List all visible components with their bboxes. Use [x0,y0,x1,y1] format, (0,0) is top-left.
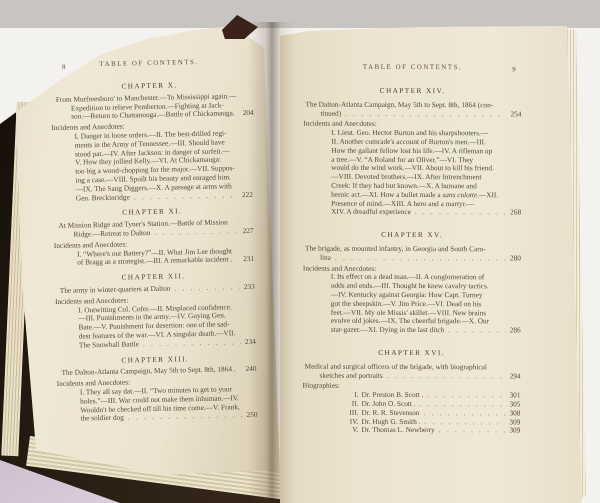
toc-line: V.Dr. Thomas L. Newberry. . . . . . . . … [302,426,520,436]
right-running-head-row: TABLE OF CONTENTS. 9 [304,64,522,74]
right-page-text: TABLE OF CONTENTS. 9 CHAPTER XIV.The Dal… [302,64,521,436]
toc-line: lina. . . . . . . . . . . . . . . . . . … [303,253,521,263]
left-page-number: 8 [62,64,66,71]
toc-line: sketches and portraits. . . . . . . . . … [303,371,521,381]
chapter-heading: CHAPTER XII. [52,271,254,284]
chapter-heading: CHAPTER XIV. [304,87,522,97]
background-top-band [0,0,600,28]
toc-line: star-gazer.—XI. Dying in the last ditch.… [303,326,521,336]
toc-line: tinued). . . . . . . . . . . . . . . . .… [303,109,521,119]
chapter-heading: CHAPTER XVI. [303,349,521,359]
right-running-head: TABLE OF CONTENTS. [363,64,462,71]
toc-line: The Snowball Battle. . . . . . . . . . .… [54,338,256,351]
right-toc-lines: CHAPTER XIV.The Dalton-Atlanta Campaign,… [302,87,521,436]
left-page-text: 8 TABLE OF CONTENTS. CHAPTER X.From Murf… [48,58,258,424]
left-toc-lines: CHAPTER X.From Murfreesboro' to Manchest… [48,80,257,424]
left-running-head: TABLE OF CONTENTS. [99,59,199,68]
chapter-heading: CHAPTER XV. [303,231,521,241]
toc-line: of Bragg as a strategist.—III. A remarka… [52,255,254,268]
book-photo: 8 TABLE OF CONTENTS. CHAPTER X.From Murf… [0,0,600,503]
left-running-head-row: 8 TABLE OF CONTENTS. [48,58,250,71]
right-page-number: 9 [512,66,515,73]
toc-line: XIV. A dreadful experience. . . . . . . … [303,208,521,218]
